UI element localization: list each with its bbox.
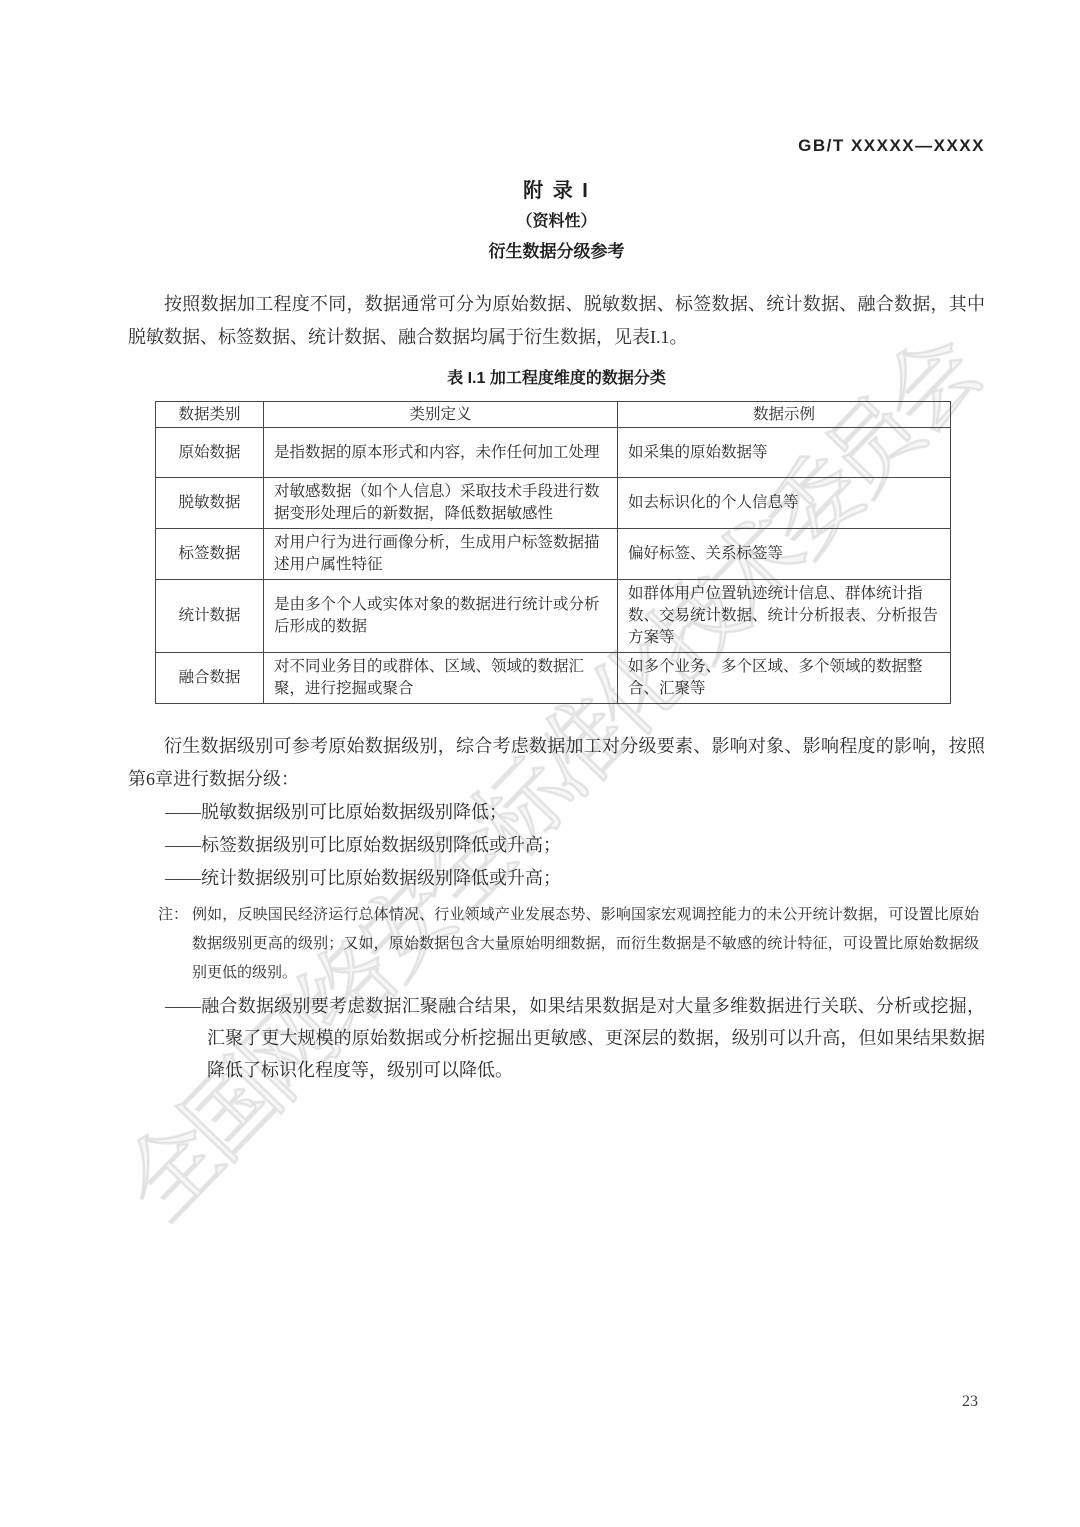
page-content: GB/T XXXXX—XXXX 附 录 I （资料性） 衍生数据分级参考 按照数… (0, 136, 1080, 1086)
list-item-fused: ——融合数据级别要考虑数据汇聚融合结果，如果结果数据是对大量多维数据进行关联、分… (165, 990, 985, 1086)
cell-category: 融合数据 (156, 653, 264, 704)
intro-paragraph: 按照数据加工程度不同，数据通常可分为原始数据、脱敏数据、标签数据、统计数据、融合… (128, 288, 985, 354)
cell-category: 标签数据 (156, 529, 264, 580)
table-row-desensitized-data: 脱敏数据 对敏感数据（如个人信息）采取技术手段进行数据变形处理后的新数据，降低数… (156, 478, 951, 529)
document-page: 全国网络安全标准化技术委员会 GB/T XXXXX—XXXX 附 录 I （资料… (0, 0, 1080, 1527)
appendix-title-block: 附 录 I （资料性） 衍生数据分级参考 (128, 176, 985, 266)
appendix-heading: 附 录 I (128, 176, 985, 207)
data-classification-table: 数据类别 类别定义 数据示例 原始数据 是指数据的原本形式和内容，未作任何加工处… (155, 401, 951, 704)
cell-example: 如去标识化的个人信息等 (618, 478, 951, 529)
column-header-example: 数据示例 (618, 402, 951, 428)
column-header-category: 数据类别 (156, 402, 264, 428)
table-row-label-data: 标签数据 对用户行为进行画像分析，生成用户标签数据描述用户属性特征 偏好标签、关… (156, 529, 951, 580)
table-row-fused-data: 融合数据 对不同业务目的或群体、区域、领域的数据汇聚，进行挖掘或聚合 如多个业务… (156, 653, 951, 704)
note-text: 例如，反映国民经济运行总体情况、行业领域产业发展态势、影响国家宏观调控能力的未公… (192, 901, 985, 988)
cell-category: 脱敏数据 (156, 478, 264, 529)
grading-paragraph: 衍生数据级别可参考原始数据级别，综合考虑数据加工对分级要素、影响对象、影响程度的… (128, 730, 985, 796)
cell-example: 如多个业务、多个区域、多个领域的数据整合、汇聚等 (618, 653, 951, 704)
cell-example: 如采集的原始数据等 (618, 428, 951, 478)
cell-definition: 对用户行为进行画像分析，生成用户标签数据描述用户属性特征 (264, 529, 618, 580)
table-header-row: 数据类别 类别定义 数据示例 (156, 402, 951, 428)
appendix-subtitle: 衍生数据分级参考 (128, 237, 985, 266)
list-item-label: ——标签数据级别可比原始数据级别降低或升高； (165, 829, 985, 862)
note-label: 注： (158, 901, 192, 988)
appendix-normativity-label: （资料性） (128, 207, 985, 237)
standard-number-header: GB/T XXXXX—XXXX (128, 136, 985, 156)
table-row-statistical-data: 统计数据 是由多个个人或实体对象的数据进行统计或分析后形成的数据 如群体用户位置… (156, 580, 951, 653)
list-item-statistical: ——统计数据级别可比原始数据级别降低或升高； (165, 862, 985, 895)
cell-category: 统计数据 (156, 580, 264, 653)
cell-definition: 对敏感数据（如个人信息）采取技术手段进行数据变形处理后的新数据，降低数据敏感性 (264, 478, 618, 529)
column-header-definition: 类别定义 (264, 402, 618, 428)
cell-definition: 对不同业务目的或群体、区域、领域的数据汇聚，进行挖掘或聚合 (264, 653, 618, 704)
table-caption: 表 I.1 加工程度维度的数据分类 (128, 368, 985, 390)
cell-definition: 是由多个个人或实体对象的数据进行统计或分析后形成的数据 (264, 580, 618, 653)
list-item-desensitized: ——脱敏数据级别可比原始数据级别降低； (165, 796, 985, 829)
cell-category: 原始数据 (156, 428, 264, 478)
page-number: 23 (962, 1393, 978, 1411)
note-block: 注： 例如，反映国民经济运行总体情况、行业领域产业发展态势、影响国家宏观调控能力… (158, 901, 985, 988)
cell-example: 如群体用户位置轨迹统计信息、群体统计指数、交易统计数据、统计分析报表、分析报告方… (618, 580, 951, 653)
table-row-original-data: 原始数据 是指数据的原本形式和内容，未作任何加工处理 如采集的原始数据等 (156, 428, 951, 478)
cell-definition: 是指数据的原本形式和内容，未作任何加工处理 (264, 428, 618, 478)
cell-example: 偏好标签、关系标签等 (618, 529, 951, 580)
